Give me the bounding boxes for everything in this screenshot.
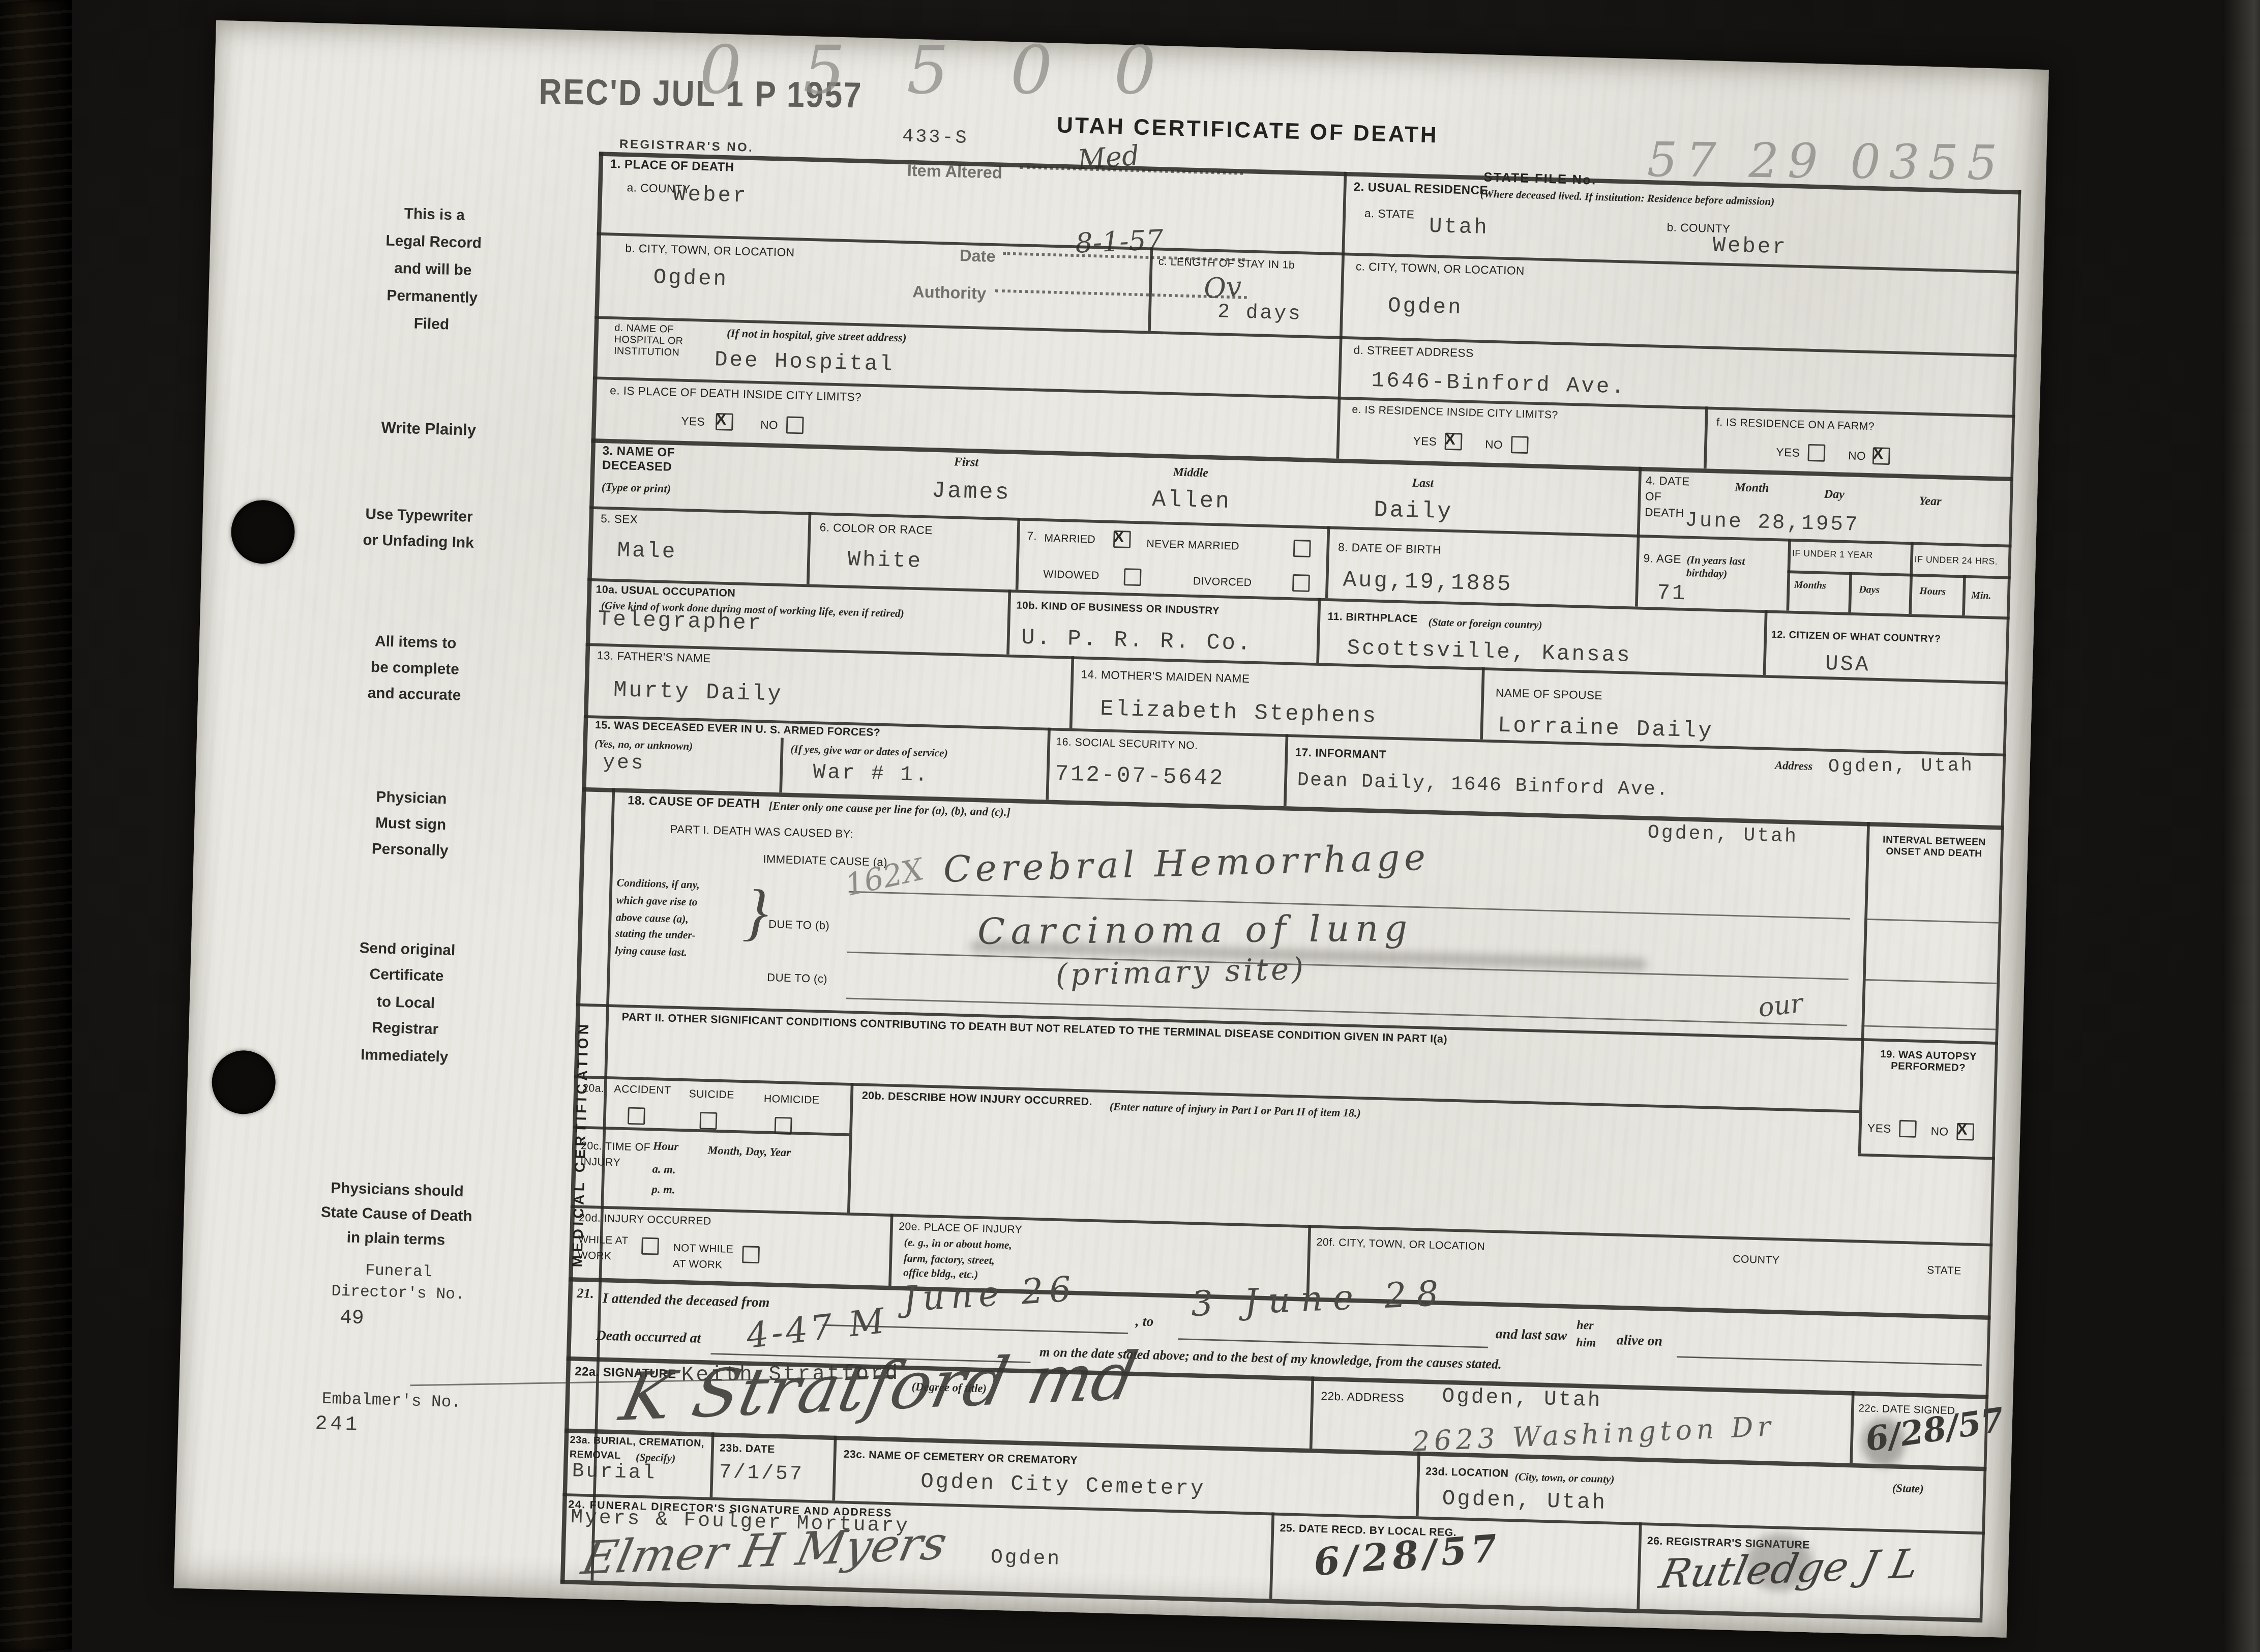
last-saw-text: and last saw bbox=[1496, 1326, 1567, 1344]
item20c-label: 20c. TIME OF INJURY bbox=[580, 1138, 651, 1172]
suicide-label: SUICIDE bbox=[689, 1088, 734, 1102]
due-to-b-label: DUE TO (b) bbox=[768, 919, 830, 934]
sex-value: Male bbox=[617, 539, 677, 565]
armed-forces-note: (Yes, no, or unknown) bbox=[594, 737, 693, 753]
father-value: Murty Daily bbox=[613, 677, 783, 707]
age-value: 71 bbox=[1657, 581, 1687, 607]
under-24-hrs-label: IF UNDER 24 HRS. bbox=[1914, 555, 1998, 568]
margin-plain-terms: Physicians should State Cause of Death i… bbox=[233, 1174, 559, 1256]
authority-label: Authority bbox=[912, 284, 987, 304]
scan-right-edge bbox=[2222, 0, 2260, 1652]
margin-funeral-director-label: Funeral Director's No. bbox=[261, 1259, 536, 1309]
race-value: White bbox=[847, 548, 923, 574]
alive-on-text: alive on bbox=[1616, 1333, 1662, 1350]
res-county-value: Weber bbox=[1712, 234, 1788, 260]
to-label: , to bbox=[1135, 1314, 1153, 1331]
pod-yes-checkbox: X bbox=[716, 413, 733, 431]
homicide-label: HOMICIDE bbox=[763, 1094, 819, 1107]
interval-label: INTERVAL BETWEEN ONSET AND DEATH bbox=[1870, 835, 1998, 861]
pod-county-value: Weber bbox=[672, 183, 748, 209]
last-name-value: Daily bbox=[1374, 497, 1453, 525]
res-state-value: Utah bbox=[1429, 215, 1489, 241]
married-label: MARRIED bbox=[1044, 533, 1096, 547]
funeral-home-city: Ogden bbox=[990, 1547, 1061, 1572]
item22b-label: 22b. ADDRESS bbox=[1321, 1390, 1405, 1405]
wood-grain-texture bbox=[0, 0, 72, 1652]
while-at-work-checkbox bbox=[641, 1237, 659, 1255]
dob-value: Aug,19,1885 bbox=[1343, 567, 1513, 598]
registrar-no-value: 433-S bbox=[902, 125, 969, 149]
penciled-file-numbers: 0 5 5 0 0 bbox=[699, 31, 1176, 109]
date-of-death-value: June 28,1957 bbox=[1684, 510, 1860, 538]
not-while-at-work-label: NOT WHILE AT WORK bbox=[672, 1241, 733, 1274]
margin-physician-sign: Physician Must sign Personally bbox=[294, 784, 527, 867]
pod-no-checkbox bbox=[786, 417, 804, 434]
middle-name-value: Allen bbox=[1152, 487, 1232, 515]
first-label: First bbox=[954, 454, 979, 469]
never-married-checkbox bbox=[1293, 540, 1311, 557]
autopsy-yes-checkbox bbox=[1899, 1120, 1917, 1138]
never-married-label: NEVER MARRIED bbox=[1146, 539, 1239, 553]
autopsy-yes-label: YES bbox=[1867, 1122, 1891, 1136]
item23b-label: 23b. DATE bbox=[720, 1443, 775, 1457]
hours-label: Hours bbox=[1919, 585, 1946, 598]
months-label: Months bbox=[1794, 579, 1827, 592]
burial-date-value: 7/1/57 bbox=[719, 1461, 804, 1487]
him-label: him bbox=[1576, 1335, 1596, 1349]
war-value: War # 1. bbox=[813, 762, 930, 788]
item-altered-value: Med bbox=[1077, 140, 1141, 176]
cause-c-scribble: our bbox=[1757, 989, 1804, 1024]
not-while-at-work-checkbox bbox=[742, 1246, 760, 1263]
widowed-label: WIDOWED bbox=[1043, 569, 1099, 583]
autopsy-no-checkbox: X bbox=[1956, 1123, 1974, 1141]
margin-all-items: All items to be complete and accurate bbox=[284, 628, 546, 712]
widowed-checkbox bbox=[1124, 568, 1142, 586]
state-note: (State) bbox=[1892, 1482, 1924, 1496]
name-of-deceased-label: 3. NAME OF DECEASED bbox=[602, 445, 675, 475]
item21-number: 21. bbox=[577, 1287, 594, 1302]
occupation-value: Telegrapher bbox=[598, 607, 763, 636]
hour-label: Hour bbox=[652, 1139, 678, 1154]
armed-forces-value: yes bbox=[603, 752, 646, 776]
res-yes-label: YES bbox=[1413, 435, 1437, 449]
divorced-checkbox bbox=[1292, 574, 1310, 592]
homicide-checkbox bbox=[775, 1117, 792, 1135]
margin-send-original: Send original Certificate to Local Regis… bbox=[289, 934, 523, 1073]
day-label: Day bbox=[1824, 486, 1845, 501]
her-label: her bbox=[1577, 1317, 1594, 1332]
death-occurred-text: Death occurred at bbox=[596, 1329, 701, 1347]
date-of-death-label: 4. DATE OF DEATH bbox=[1645, 474, 1690, 522]
margin-use-typewriter: Use Typewriter or Unfading Ink bbox=[274, 500, 563, 559]
pod-yes-label: YES bbox=[681, 415, 705, 429]
informant-address-value: Ogden, Utah bbox=[1828, 754, 1974, 777]
accident-label: ACCIDENT bbox=[614, 1084, 671, 1098]
death-certificate-paper: REC'D JUL 1 P 1957 0 5 5 0 0 UTAH CERTIF… bbox=[174, 20, 2049, 1638]
cause-b2-value: (primary site) bbox=[1055, 952, 1307, 992]
year-label: Year bbox=[1919, 493, 1942, 509]
injury-state-label: STATE bbox=[1927, 1265, 1961, 1278]
hospital-label: d. NAME OF HOSPITAL OR INSTITUTION bbox=[614, 323, 684, 360]
injury-county-label: COUNTY bbox=[1733, 1254, 1780, 1267]
scanned-document-stage: REC'D JUL 1 P 1957 0 5 5 0 0 UTAH CERTIF… bbox=[0, 0, 2260, 1652]
due-to-c-label: DUE TO (c) bbox=[767, 972, 828, 987]
pm-label: p. m. bbox=[651, 1183, 675, 1197]
age-label: 9. AGE bbox=[1643, 552, 1681, 566]
min-label: Min. bbox=[1971, 589, 1991, 602]
pod-city-value: Ogden bbox=[653, 265, 729, 292]
age-note: (In years last birthday) bbox=[1686, 553, 1776, 582]
item23d-label: 23d. LOCATION bbox=[1425, 1466, 1509, 1481]
res-no-checkbox bbox=[1511, 436, 1529, 454]
informant-label: 17. INFORMANT bbox=[1295, 746, 1386, 762]
informant-address-value-2: Ogden, Utah bbox=[1647, 823, 1798, 849]
authority-value: Ov bbox=[1203, 271, 1242, 305]
pod-no-label: NO bbox=[760, 419, 779, 432]
disposition-location-value: Ogden, Utah bbox=[1442, 1487, 1607, 1516]
conditions-note: Conditions, if any, which gave rise to a… bbox=[615, 875, 700, 962]
accident-checkbox bbox=[628, 1107, 645, 1125]
margin-embalmer-no: 241 bbox=[315, 1413, 361, 1437]
sex-label: 5. SEX bbox=[601, 512, 638, 526]
autopsy-no-label: NO bbox=[1930, 1125, 1949, 1139]
farm-no-label: NO bbox=[1848, 450, 1866, 463]
citizen-value: USA bbox=[1825, 652, 1870, 678]
res-city-value: Ogden bbox=[1387, 294, 1463, 320]
farm-yes-checkbox bbox=[1807, 444, 1825, 462]
length-of-stay-value: 2 days bbox=[1217, 301, 1303, 327]
margin-legal-record: This is a Legal Record and will be Perma… bbox=[309, 199, 557, 342]
margin-funeral-director-no: 49 bbox=[339, 1307, 364, 1331]
month-day-year-label: Month, Day, Year bbox=[707, 1144, 791, 1160]
address-typed: Ogden, Utah bbox=[1442, 1386, 1602, 1413]
altered-date-label: Date bbox=[959, 248, 996, 267]
farm-yes-label: YES bbox=[1776, 446, 1800, 460]
hospital-value: Dee Hospital bbox=[714, 348, 895, 377]
married-checkbox: X bbox=[1113, 530, 1131, 548]
item7-label: 7. bbox=[1027, 529, 1037, 543]
res-no-label: NO bbox=[1485, 438, 1503, 452]
res-yes-checkbox: X bbox=[1445, 433, 1463, 451]
dob-label: 8. DATE OF BIRTH bbox=[1338, 541, 1441, 557]
ssn-value: 712-07-5642 bbox=[1055, 761, 1225, 791]
autopsy-label: 19. WAS AUTOPSY PERFORMED? bbox=[1866, 1048, 1990, 1076]
birthplace-label: 11. BIRTHPLACE bbox=[1327, 611, 1418, 626]
first-name-value: James bbox=[931, 478, 1011, 506]
informant-address-label: Address bbox=[1775, 759, 1813, 774]
am-label: a. m. bbox=[652, 1163, 676, 1177]
conditions-brace: } bbox=[742, 875, 769, 952]
middle-label: Middle bbox=[1173, 464, 1208, 480]
cause-b-value: Carcinoma of lung bbox=[977, 907, 1413, 953]
item23d-note: (City, town, or county) bbox=[1514, 1470, 1614, 1486]
last-label: Last bbox=[1412, 475, 1434, 490]
under-1-year-label: IF UNDER 1 YEAR bbox=[1792, 549, 1873, 562]
divorced-label: DIVORCED bbox=[1193, 576, 1252, 590]
type-or-print-note: (Type or print) bbox=[601, 481, 671, 496]
burial-value: Burial bbox=[572, 1460, 657, 1486]
suicide-checkbox bbox=[699, 1112, 717, 1130]
month-label: Month bbox=[1735, 480, 1769, 495]
days-label: Days bbox=[1859, 584, 1880, 597]
farm-no-checkbox: X bbox=[1872, 447, 1890, 465]
binder-wood-edge bbox=[0, 0, 72, 1652]
res-state-label: a. STATE bbox=[1364, 207, 1415, 222]
